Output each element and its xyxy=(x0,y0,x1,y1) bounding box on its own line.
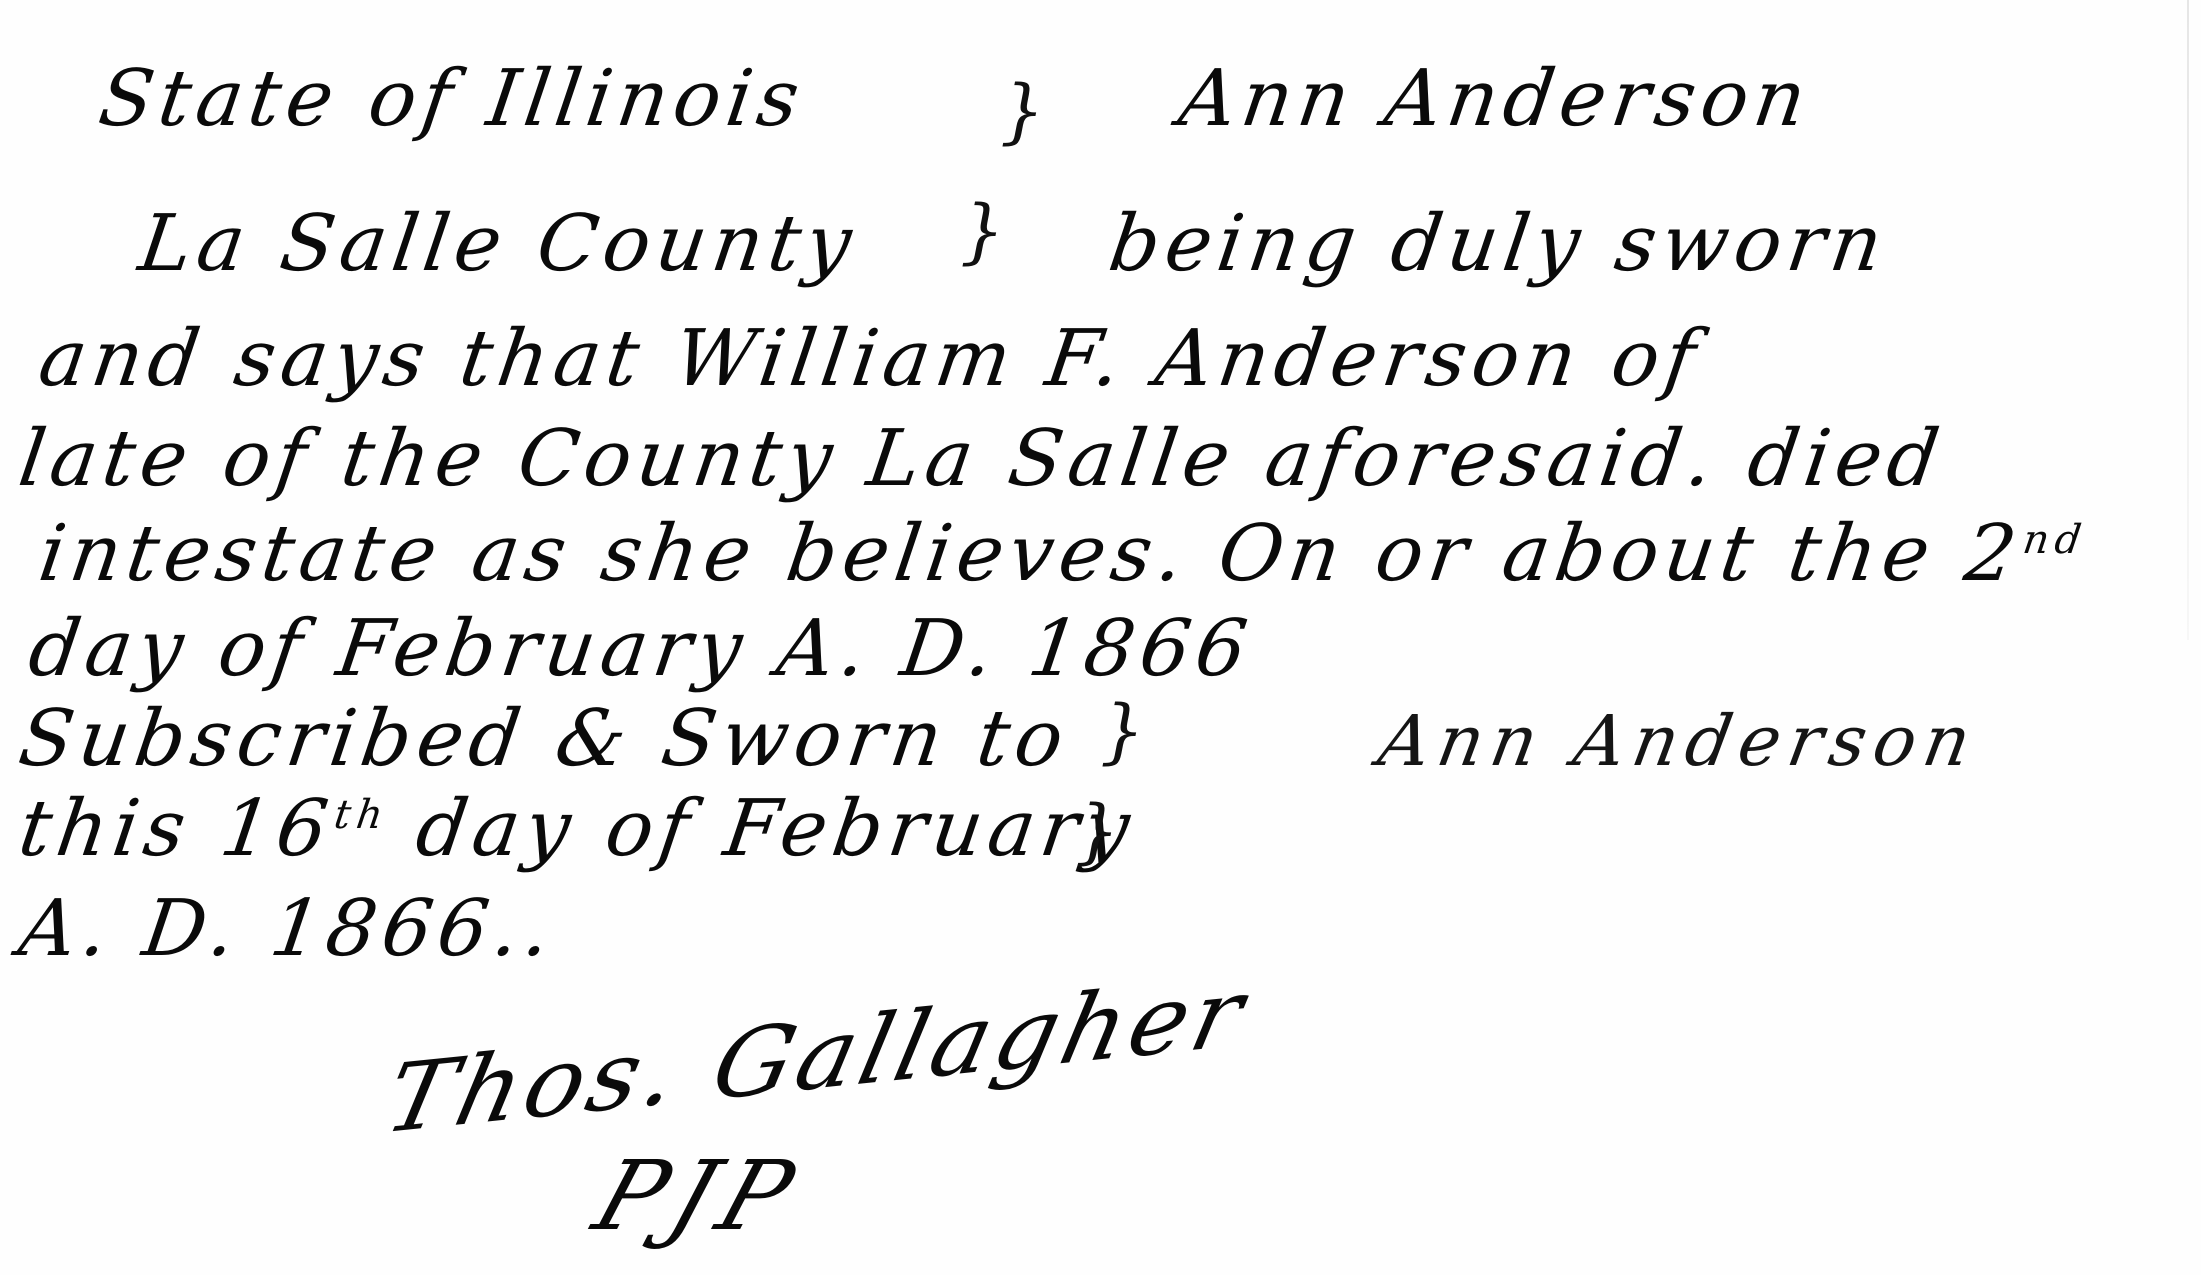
statement-line-3-text: and says that William F. Anderson of xyxy=(34,314,1707,404)
jurat-line-2: this 16th day of February xyxy=(15,790,1140,868)
document-page: State of Illinois } Ann Anderson La Sall… xyxy=(0,0,2201,1275)
jurat-line-1: Subscribed & Sworn to xyxy=(15,700,1074,778)
sworn-clause: being duly sworn xyxy=(1105,205,1893,283)
jurat-day: this 16 xyxy=(14,784,339,874)
affiant-signature: Ann Anderson xyxy=(1373,700,1985,782)
venue-county: La Salle County xyxy=(135,205,862,283)
venue-brace-bottom: } xyxy=(960,190,1005,272)
ordinal-suffix: nd xyxy=(2020,517,2090,563)
statement-line-6: day of February A. D. 1866 xyxy=(25,610,1258,688)
statement-line-5: intestate as she believes. On or about t… xyxy=(35,515,2091,593)
statement-line-3: and says that William F. Anderson of xyxy=(35,320,1706,398)
scan-edge-mark xyxy=(2187,0,2189,640)
official-signature-title: PJP xyxy=(582,1140,816,1252)
jurat-year: A. D. 1866.. xyxy=(15,890,561,968)
jurat-month: day of February xyxy=(380,784,1141,874)
venue-state: State of Illinois xyxy=(95,60,810,138)
statement-line-5-text: intestate as she believes. On or about t… xyxy=(34,509,2028,599)
statement-line-4: late of the County La Salle aforesaid. d… xyxy=(15,420,1950,498)
official-signature-name: Thos. Gallagher xyxy=(376,957,1257,1155)
venue-brace-top: } xyxy=(1000,70,1045,152)
jurat-day-suffix: th xyxy=(331,792,391,838)
affiant-name: Ann Anderson xyxy=(1175,60,1817,138)
jurat-brace-top: } xyxy=(1100,690,1145,772)
jurat-brace-bottom: } xyxy=(1075,790,1120,872)
